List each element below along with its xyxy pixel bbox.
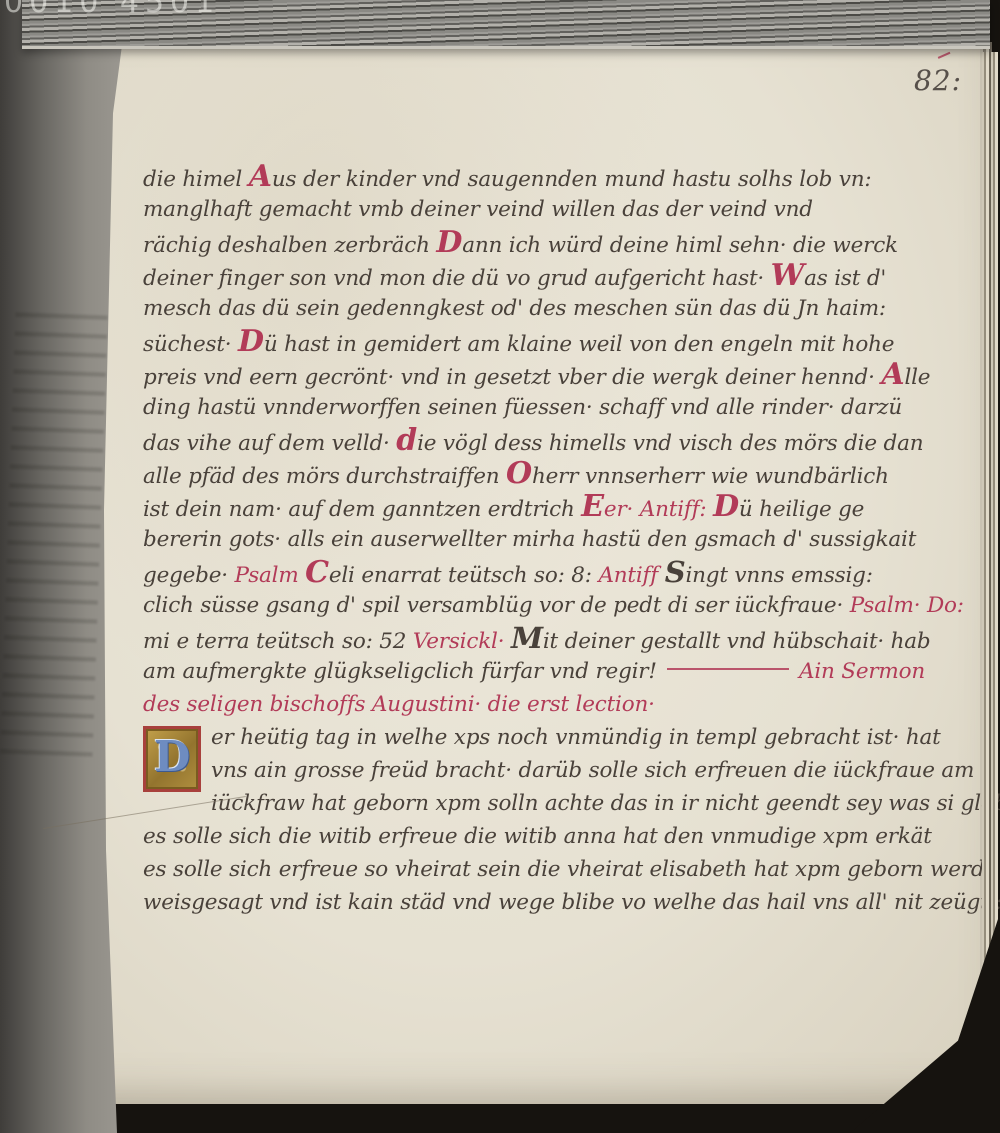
text-segment: W — [771, 258, 805, 293]
manuscript-line: es solle sich die witib erfreue die witi… — [143, 820, 925, 853]
text-segment: weisgesagt vnd ist kain städ vnd wege bl… — [143, 890, 1000, 915]
text-segment: it deiner gestallt vnd hübschait· hab — [543, 629, 931, 654]
catalog-number-fragment: 0010 4501 — [4, 0, 220, 20]
text-segment: d — [396, 423, 417, 458]
text-segment: eli enarrat teütsch so: 8: — [329, 563, 599, 588]
manuscript-line: clich süsse gsang d' spil versamblüg vor… — [143, 589, 925, 622]
text-segment: preis vnd eern gecrönt· vnd in gesetzt v… — [143, 365, 881, 390]
manuscript-line: die himel Aus der kinder vnd saugennden … — [143, 160, 925, 193]
text-segment: ie vögl dess himells vnd visch des mörs … — [417, 431, 923, 456]
manuscript-line: iückfraw hat geborn xpm solln achte das … — [143, 787, 925, 820]
manuscript-line: Der heütig tag in welhe xps noch vnmündi… — [143, 721, 925, 754]
text-segment: am aufmergkte glügkseligclich fürfar vnd… — [143, 655, 657, 688]
manuscript-line: es solle sich erfreue so vheirat sein di… — [143, 853, 925, 886]
manuscript-line: das vihe auf dem velld· die vögl dess hi… — [143, 424, 925, 457]
text-segment: D — [436, 225, 462, 260]
text-segment: Versickl· — [413, 629, 511, 654]
text-segment: ann ich würd deine himl sehn· die werck — [462, 233, 898, 258]
text-segment: lle — [904, 365, 930, 390]
text-segment: herr vnnserherr wie wundbärlich — [532, 464, 889, 489]
text-block: die himel Aus der kinder vnd saugennden … — [143, 160, 925, 919]
text-segment: ding hastü vnnderworffen seinen füessen·… — [143, 395, 902, 420]
text-segment: die himel — [143, 167, 249, 192]
manuscript-line: ist dein nam· auf dem ganntzen erdtrich … — [143, 490, 925, 523]
text-segment: deiner finger son vnd mon die dü vo grud… — [143, 266, 771, 291]
text-segment: gegebe· — [143, 563, 235, 588]
manuscript-line: des seligen bischoffs Augustini· die ers… — [143, 688, 925, 721]
manuscript-line: mesch das dü sein gedenngkest od' des me… — [143, 292, 925, 325]
manuscript-line: süchest· Dü hast in gemidert am klaine w… — [143, 325, 925, 358]
manuscript-line: deiner finger son vnd mon die dü vo grud… — [143, 259, 925, 292]
manuscript-line: vns ain grosse freüd bracht· darüb solle… — [143, 754, 925, 787]
text-segment: ü heilige ge — [739, 497, 864, 522]
text-segment: Psalm· Do: — [850, 593, 964, 618]
text-segment: bererin gots· alls ein auserwellter mirh… — [143, 527, 916, 552]
text-segment: er heütig tag in welhe xps noch vnmündig… — [211, 725, 941, 750]
text-segment: C — [305, 555, 329, 590]
text-segment: E — [581, 489, 604, 524]
text-segment: Ain Sermon — [799, 655, 925, 688]
text-segment: mesch das dü sein gedenngkest od' des me… — [143, 296, 886, 321]
text-segment: D — [713, 489, 739, 524]
ghost-text-showthrough — [0, 299, 108, 772]
manuscript-line: mi e terra teütsch so: 52 Versickl· Mit … — [143, 622, 925, 655]
text-segment: ü hast in gemidert am klaine weil von de… — [264, 332, 894, 357]
manuscript-line: bererin gots· alls ein auserwellter mirh… — [143, 523, 925, 556]
parchment-page: 82: die himel Aus der kinder vnd saugenn… — [38, 42, 980, 1104]
text-segment: ist dein nam· auf dem ganntzen erdtrich — [143, 497, 581, 522]
text-segment: er· Antiff: — [604, 497, 713, 522]
text-segment: A — [881, 357, 904, 392]
text-segment: vns ain grosse freüd bracht· darüb solle… — [211, 758, 974, 783]
text-segment: clich süsse gsang d' spil versamblüg vor… — [143, 593, 850, 618]
manuscript-line: alle pfäd des mörs durchstraiffen Oherr … — [143, 457, 925, 490]
text-segment: ingt vnns emssig: — [685, 563, 872, 588]
text-segment: alle pfäd des mörs durchstraiffen — [143, 464, 506, 489]
text-segment: D — [238, 324, 264, 359]
text-segment: mi e terra teütsch so: 52 — [143, 629, 413, 654]
manuscript-line: weisgesagt vnd ist kain städ vnd wege bl… — [143, 886, 925, 919]
manuscript-line: am aufmergkte glügkseligclich fürfar vnd… — [143, 655, 925, 688]
text-segment: as ist d' — [804, 266, 886, 291]
text-segment: manglhaft gemacht vmb deiner veind wille… — [143, 197, 813, 222]
manuscript-line: rächig deshalben zerbräch Dann ich würd … — [143, 226, 925, 259]
text-segment: iückfraw hat geborn xpm solln achte das … — [211, 791, 1000, 816]
initial-letter: D — [154, 733, 190, 781]
text-segment: O — [506, 456, 532, 491]
text-segment: des seligen bischoffs Augustini· die ers… — [143, 692, 655, 717]
text-segment: Psalm — [235, 563, 306, 588]
manuscript-line: preis vnd eern gecrönt· vnd in gesetzt v… — [143, 358, 925, 391]
text-segment: S — [665, 555, 686, 589]
manuscript-line: manglhaft gemacht vmb deiner veind wille… — [143, 193, 925, 226]
folio-number: 82: — [914, 64, 962, 97]
text-segment: M — [511, 621, 543, 655]
text-segment: es solle sich die witib erfreue die witi… — [143, 824, 932, 849]
text-segment: Antiff — [598, 563, 664, 588]
text-segment: A — [249, 159, 272, 194]
manuscript-line: gegebe· Psalm Celi enarrat teütsch so: 8… — [143, 556, 925, 589]
book-scan: 82: die himel Aus der kinder vnd saugenn… — [0, 0, 1000, 1133]
illuminated-initial: D — [143, 726, 201, 792]
rubric-rule — [667, 668, 789, 670]
text-segment: rächig deshalben zerbräch — [143, 233, 436, 258]
text-segment: es solle sich erfreue so vheirat sein di… — [143, 857, 997, 882]
text-segment: us der kinder vnd saugennden mund hastu … — [272, 167, 872, 192]
manuscript-line: ding hastü vnnderworffen seinen füessen·… — [143, 391, 925, 424]
text-segment: das vihe auf dem velld· — [143, 431, 396, 456]
text-segment: süchest· — [143, 332, 238, 357]
